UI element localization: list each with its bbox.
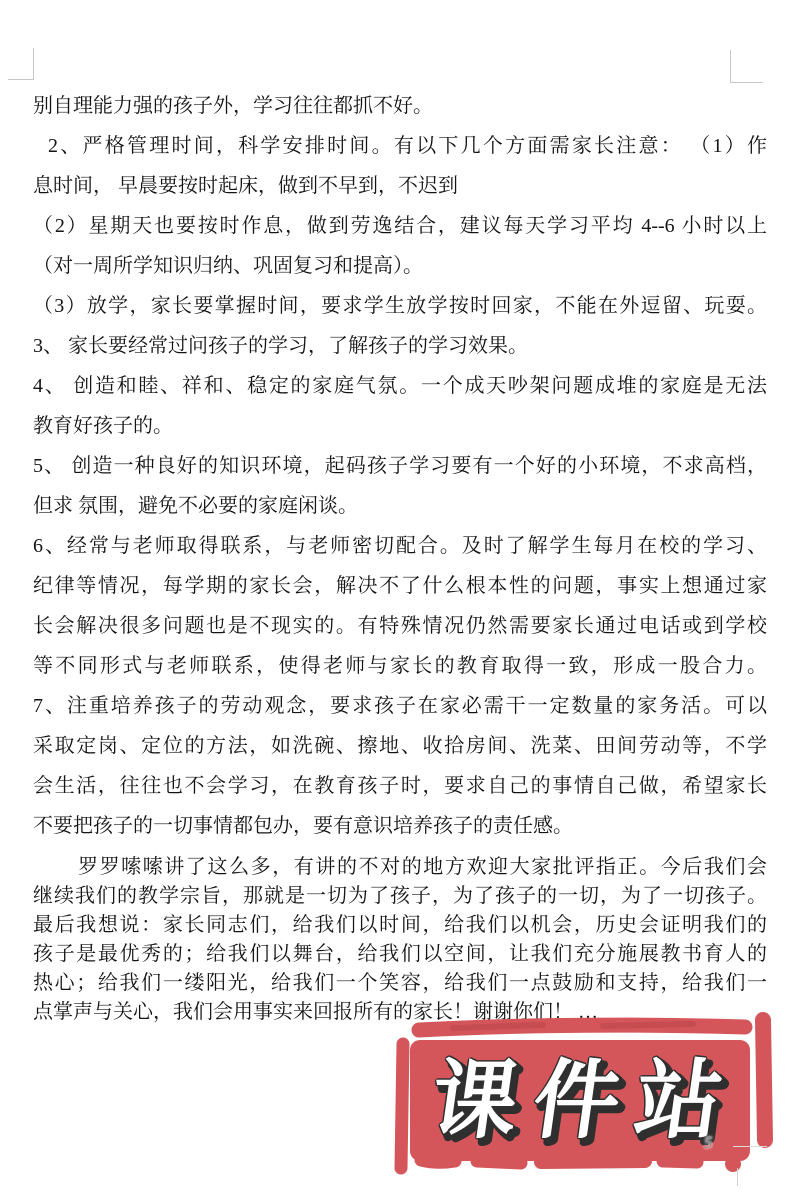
document-page: 别自理能力强的孩子外，学习往往都抓不好。 2、严格管理时间，科学安排时间。有以下… xyxy=(0,0,800,1200)
text-line: 6、经常与老师取得联系，与老师密切配合。及时了解学生每月在校的学习、 xyxy=(33,526,767,566)
text-line: 不要把孩子的一切事情都包办，要有意识培养孩子的责任感。 xyxy=(33,806,767,846)
text-line: （3）放学，家长要掌握时间，要求学生放学按时回家，不能在外逗留、玩耍。 xyxy=(33,286,767,326)
text-line: 罗罗嗦嗦讲了这么多，有讲的不对的地方欢迎大家批评指正。今后我们会 xyxy=(33,853,767,882)
text-line: 纪律等情况，每学期的家长会，解决不了什么根本性的问题，事实上想通过家 xyxy=(33,566,767,606)
text-boundary-mark-top-left xyxy=(8,48,34,80)
stamp-border-bottom-dash-3 xyxy=(541,1161,645,1162)
text-line: 教育好孩子的。 xyxy=(33,406,767,446)
text-line: 3、 家长要经常过问孩子的学习，了解孩子的学习效果。 xyxy=(33,326,767,366)
stamp-border-bottom-dot xyxy=(725,1156,741,1172)
text-line: 息时间， 早晨要按时起床，做到不早到，不迟到 xyxy=(33,166,767,206)
text-line: 但求 氛围，避免不必要的家庭闲谈。 xyxy=(33,486,767,526)
text-content: 别自理能力强的孩子外，学习往往都抓不好。 2、严格管理时间，科学安排时间。有以下… xyxy=(33,86,767,1027)
page-number: 5 xyxy=(704,1133,713,1153)
text-line: 7、注重培养孩子的劳动观念，要求孩子在家必需干一定数量的家务活。可以 xyxy=(33,686,767,726)
text-line: 长会解决很多问题也是不现实的。有特殊情况仍然需要家长通过电话或到学校 xyxy=(33,606,767,646)
text-line: 5、 创造一种良好的知识环境，起码孩子学习要有一个好的小环境，不求高档， xyxy=(33,446,767,486)
stamp-border-left xyxy=(401,1044,403,1168)
text-line: 热心；给我们一缕阳光，给我们一个笑容，给我们一点鼓励和支持，给我们一 xyxy=(33,969,767,998)
stamp-border-bottom-dash-2 xyxy=(477,1161,521,1163)
text-line: 会生活，往往也不会学习，在教育孩子时，要求自己的事情自己做，希望家长 xyxy=(33,766,767,806)
text-line: 最后我想说：家长同志们，给我们以时间，给我们以机会，历史会证明我们的 xyxy=(33,911,767,940)
stamp-ink-drip xyxy=(737,1168,738,1186)
text-line: 继续我们的教学宗旨，那就是一切为了孩子，为了孩子的一切，为了一切孩子。 xyxy=(33,882,767,911)
stamp-border-right xyxy=(763,1020,765,1140)
stamp-border-bottom-dash-1 xyxy=(421,1160,455,1162)
text-boundary-mark-top-right xyxy=(730,50,763,83)
footer-rule-fragment xyxy=(733,1146,767,1147)
text-line: 别自理能力强的孩子外，学习往往都抓不好。 xyxy=(33,86,767,126)
text-line: 2、严格管理时间，科学安排时间。有以下几个方面需家长注意： （1）作 xyxy=(33,126,767,166)
text-line: 4、 创造和睦、祥和、稳定的家庭气氛。一个成天吵架问题成堆的家庭是无法 xyxy=(33,366,767,406)
text-line: （2）星期天也要按时作息，做到劳逸结合，建议每天学习平均 4--6 小时以上 xyxy=(33,206,767,246)
text-line: 等不同形式与老师联系，使得老师与家长的教育取得一致，形成一股合力。 xyxy=(33,646,767,686)
text-line: （对一周所学知识归纳、巩固复习和提高）。 xyxy=(33,246,767,286)
text-line: 采取定岗、定位的方法，如洗碗、擦地、收拾房间、洗菜、田间劳动等，不学 xyxy=(33,726,767,766)
text-line: 孩子是最优秀的；给我们以舞台，给我们以空间，让我们充分施展教书育人的 xyxy=(33,940,767,969)
stamp-border-bottom-dash-4 xyxy=(663,1161,697,1162)
kejianzhan-watermark-stamp: 课件站 课件站 xyxy=(393,1006,785,1192)
stamp-text: 课件站 xyxy=(425,1053,744,1149)
